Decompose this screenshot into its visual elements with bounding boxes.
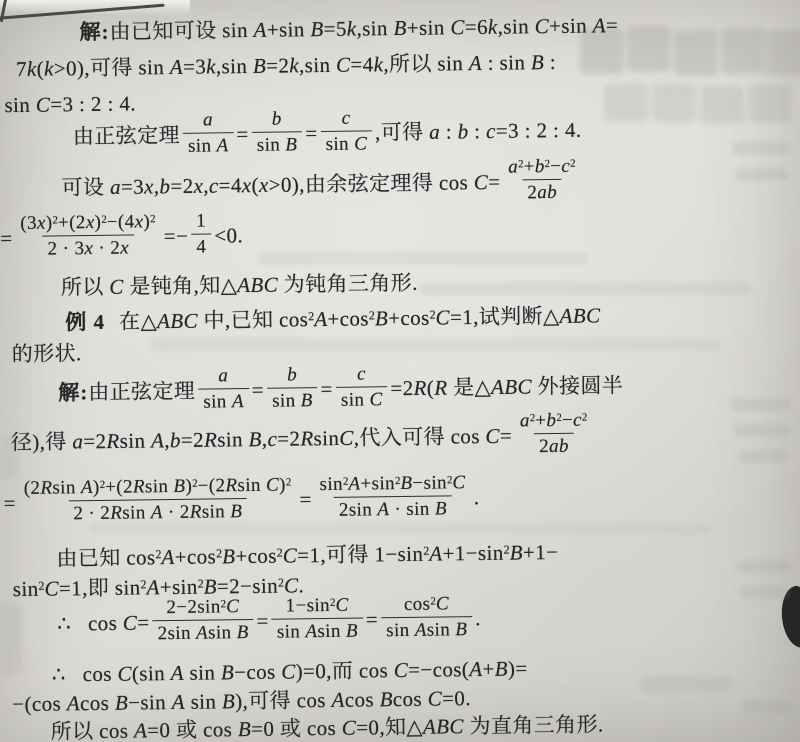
fraction: 14 <box>191 210 212 259</box>
solution1-line2: 7k(k>0),可得 sin A=3k,sin B=2k,sin C=4k,所以… <box>16 47 556 84</box>
text-run: 由已知可设 sin A+sin B=5k,sin B+sin C=6k,sin … <box>109 13 618 44</box>
text-run: 径),得 a=2Rsin A,b=2Rsin B,c=2RsinC,代入可得 c… <box>11 424 513 455</box>
text-run: 所以 C 是钝角,知△ABC 为钝角三角形. <box>61 271 418 300</box>
example-label: 例 4 <box>65 310 105 335</box>
fraction: bsin B <box>251 108 302 157</box>
fraction: 2−2sin2C2sin Asin B <box>152 596 254 646</box>
fraction: bsin B <box>267 364 318 413</box>
fraction: 1−sin2Csin Asin B <box>271 595 363 645</box>
fraction: a2+b2−c22ab <box>515 409 593 459</box>
law-of-sines-line: 由正弦定理asin A=bsin B=csin C,可得 a : b : c=3… <box>73 108 582 163</box>
text-run: 在△ABC 中,已知 cos2A+cos2B+cos2C=1,试判断△ABC <box>119 303 601 333</box>
text-run: 由正弦定理 <box>73 123 180 148</box>
fraction: (2Rsin A)2+(2Rsin B)2−(2Rsin C)22 · 2Rsi… <box>19 474 297 526</box>
text-run: =2R(R 是△ABC 外接圆半 <box>390 373 623 400</box>
fraction: asin A <box>198 365 249 414</box>
cosine-rule-line2: =(3x)2+(2x)2−(4x)22 · 3x · 2x=−14<0. <box>0 213 243 265</box>
text-run: 由已知 cos2A+cos2B+cos2C=1,可得 1−sin2A+1−sin… <box>56 540 558 571</box>
solution-label: 解: <box>58 380 88 404</box>
text-run: ,可得 a : b : c=3 : 2 : 4. <box>375 118 582 145</box>
fraction: csin C <box>335 363 387 412</box>
therefore-line1: ∴ cos C=2−2sin2C2sin Asin B=1−sin2Csin A… <box>57 596 481 650</box>
conclusion-obtuse-line: 所以 C 是钝角,知△ABC 为钝角三角形. <box>61 268 418 303</box>
scanned-textbook-page: 解:由已知可设 sin A+sin B=5k,sin B+sin C=6k,si… <box>0 0 800 742</box>
page-content: 解:由已知可设 sin A+sin B=5k,sin B+sin C=6k,si… <box>0 0 800 742</box>
fraction: a2+b2−c22ab <box>503 156 581 206</box>
text-run: ∴ cos C(sin A sin B−cos C)=0,而 cos C=−co… <box>52 656 528 686</box>
solution2-line3: =(2Rsin A)2+(2Rsin B)2−(2Rsin C)22 · 2Rs… <box>3 475 479 530</box>
text-run: 的形状. <box>12 341 82 366</box>
fraction: asin A <box>183 109 234 158</box>
identity-line1: 由已知 cos2A+cos2B+cos2C=1,可得 1−sin2A+1−sin… <box>56 534 558 574</box>
text-run: 所以 cos A=0 或 cos B=0 或 cos C=0,知△ABC 为直角… <box>51 712 604 742</box>
example4-line2: 的形状. <box>12 338 82 369</box>
text-run: 7k(k>0),可得 sin A=3k,sin B=2k,sin C=4k,所以… <box>16 50 556 81</box>
fraction: sin2A+sin2B−sin2C2sin A · sin B <box>314 472 471 523</box>
example4-line1: 例 4在△ABC 中,已知 cos2A+cos2B+cos2C=1,试判断△AB… <box>65 297 600 337</box>
fraction: (3x)2+(2x)2−(4x)22 · 3x · 2x <box>15 211 161 262</box>
solution2-line2: 径),得 a=2Rsin A,b=2Rsin B,c=2RsinC,代入可得 c… <box>11 412 596 468</box>
fraction: csin C <box>320 107 372 156</box>
solution-label: 解: <box>79 20 109 44</box>
text-run: 可设 a=3x,b=2x,c=4x(x>0),由余弦定理得 cos C= <box>61 170 500 200</box>
solution1-line1: 解:由已知可设 sin A+sin B=5k,sin B+sin C=6k,si… <box>79 10 618 47</box>
fraction: cos2Csin Asin B <box>381 593 473 643</box>
cosine-rule-line1: 可设 a=3x,b=2x,c=4x(x>0),由余弦定理得 cos C=a2+b… <box>61 159 584 215</box>
